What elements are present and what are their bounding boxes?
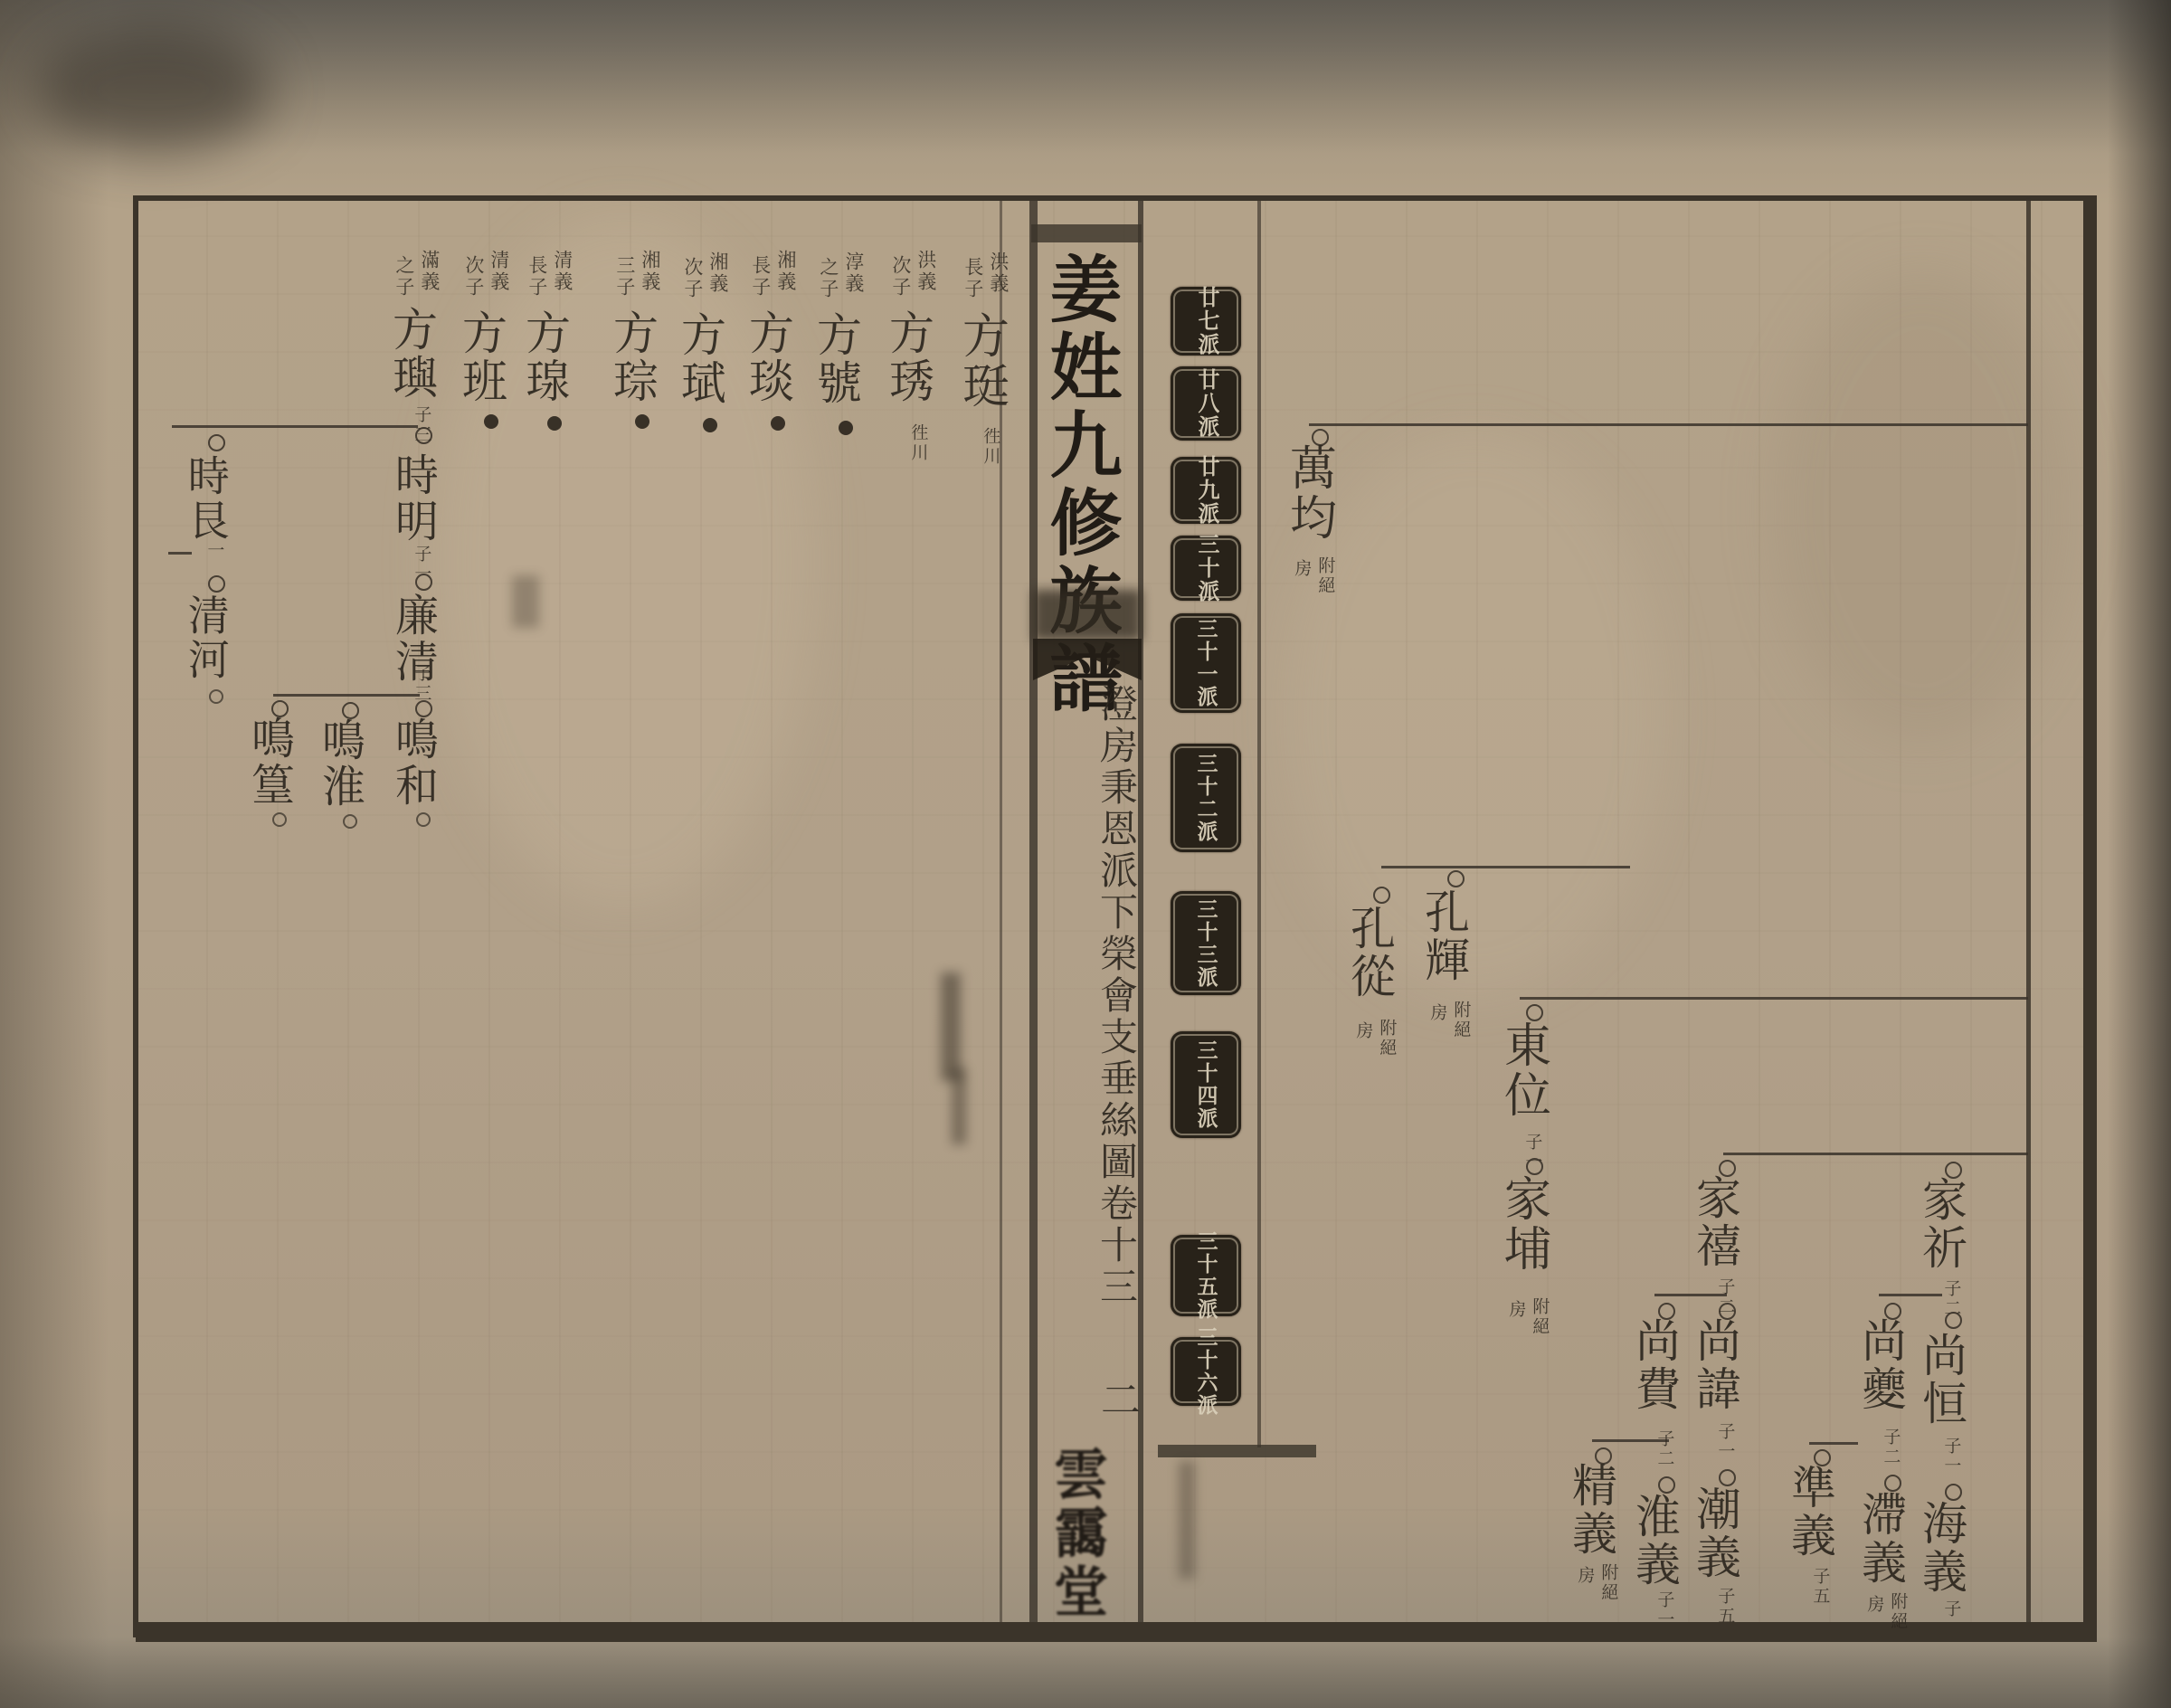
node-annotation: 子一 xyxy=(1942,1437,1959,1476)
node-annotation: 子三 xyxy=(412,664,430,704)
tree-node-name: 鳴篁 xyxy=(246,716,289,808)
node-annotation: 房 xyxy=(1354,1021,1371,1041)
node-annotation: 房 xyxy=(1507,1300,1524,1320)
node-annotation: 子五 xyxy=(1811,1567,1828,1607)
hall-mark: 雲靄堂 xyxy=(1049,1446,1104,1622)
sibling-line xyxy=(273,694,420,697)
generation-badge-label: 廿八派 xyxy=(1195,368,1217,439)
node-annotation: 子一 xyxy=(1655,1590,1673,1630)
node-annotation: 附絕 xyxy=(1599,1563,1616,1603)
tree-node-name: 尚恒 xyxy=(1919,1332,1964,1428)
badge-column-rule xyxy=(1257,201,1261,1447)
generation-badge-label: 廿九派 xyxy=(1195,455,1217,526)
tree-node-name: 方號 xyxy=(813,311,858,407)
photo-right-shadow xyxy=(2108,0,2171,1708)
connector-ring xyxy=(1526,1158,1543,1175)
tree-node-name: 方珷 xyxy=(678,311,723,407)
sibling-line xyxy=(1879,1294,1942,1296)
tree-node-name: 方琮 xyxy=(610,309,655,405)
frame-top xyxy=(136,195,2095,201)
sibling-line xyxy=(168,552,192,555)
relation-header: 湘義 xyxy=(776,250,795,293)
tree-node-name: 清河 xyxy=(185,593,226,682)
node-annotation: 子二 xyxy=(1882,1428,1899,1467)
relation-header: 滿義 xyxy=(420,250,439,293)
connector-ring xyxy=(415,427,432,444)
generation-badge-label: 三十五派 xyxy=(1196,1230,1217,1321)
node-annotation: 附絕 xyxy=(1316,556,1333,596)
generation-badge: 廿八派 xyxy=(1171,366,1241,441)
connector-ring xyxy=(415,700,432,717)
connector-ring xyxy=(1945,1484,1962,1501)
node-annotation: 附絕 xyxy=(1531,1297,1548,1337)
generation-badge-label: 三十派 xyxy=(1195,533,1217,603)
connector-ring xyxy=(1945,1312,1962,1329)
end-dot xyxy=(484,414,498,429)
relation-header: 次子 xyxy=(683,257,702,300)
relation-header: 清義 xyxy=(553,250,572,293)
end-circle xyxy=(343,814,357,829)
frame-left xyxy=(133,195,138,1637)
photo-top-shadow xyxy=(0,0,2171,154)
generation-badge-label: 三十二派 xyxy=(1196,753,1217,843)
generation-badge: 三十五派 xyxy=(1171,1235,1241,1316)
tree-node-name: 滯義 xyxy=(1858,1491,1903,1587)
connector-ring xyxy=(1447,870,1465,887)
node-annotation: 子 xyxy=(1942,1599,1959,1619)
generation-badge-label: 三十三派 xyxy=(1196,898,1217,989)
relation-header: 長子 xyxy=(751,255,770,299)
relation-header: 洪義 xyxy=(989,251,1008,295)
relation-header: 淳義 xyxy=(844,251,863,295)
relation-header: 三子 xyxy=(615,255,634,299)
generation-badge: 三十四派 xyxy=(1171,1031,1241,1138)
tree-node-name: 家禧 xyxy=(1692,1174,1738,1270)
relation-header: 湘義 xyxy=(640,250,659,293)
generation-badge: 三十三派 xyxy=(1171,891,1241,995)
relation-header: 次子 xyxy=(891,255,910,299)
tree-node-name: 孔輝 xyxy=(1421,888,1466,984)
connector-ring xyxy=(1373,887,1390,904)
tree-node-name: 鳴淮 xyxy=(317,717,360,810)
page-number: 二 xyxy=(1096,1379,1136,1421)
tree-node-name: 方璵 xyxy=(389,306,434,402)
end-circle xyxy=(272,812,287,827)
connector-ring xyxy=(208,575,225,593)
connector-ring xyxy=(1658,1476,1675,1494)
node-annotation: 子一 xyxy=(1716,1422,1733,1462)
tree-node-name: 海義 xyxy=(1919,1500,1964,1596)
photo-left-shadow xyxy=(0,0,109,1708)
spine-section-line: 澄房秉恩派下榮會支垂絲圖卷十三 xyxy=(1096,684,1134,1308)
relation-header: 次子 xyxy=(464,255,483,299)
tree-node-name: 淮義 xyxy=(1632,1493,1677,1589)
frame-bottom xyxy=(136,1622,2095,1642)
tree-node-name: 精義 xyxy=(1569,1462,1614,1558)
corner-stain xyxy=(36,27,271,154)
connector-ring xyxy=(1526,1004,1543,1021)
sibling-line xyxy=(1809,1442,1858,1445)
spine-rule-left xyxy=(1029,201,1038,1622)
generation-badge: 廿九派 xyxy=(1171,457,1241,524)
end-dot xyxy=(703,418,717,432)
end-dot xyxy=(839,421,853,435)
relation-header: 湘義 xyxy=(708,251,727,295)
sibling-line xyxy=(1723,1153,2028,1155)
tree-node-name: 尚諱 xyxy=(1692,1317,1738,1413)
spine-top-bar xyxy=(1031,224,1142,242)
tree-node-name: 準義 xyxy=(1787,1464,1833,1560)
node-annotation: 附絕 xyxy=(1889,1592,1906,1632)
generation-badge: 三十一派 xyxy=(1171,613,1241,713)
node-annotation: 房 xyxy=(1576,1566,1593,1586)
tree-node-name: 方瑔 xyxy=(522,309,567,405)
end-dot xyxy=(635,414,649,429)
tree-node-name: 萬均 xyxy=(1285,443,1332,543)
node-annotation: 徃川 xyxy=(981,427,999,467)
relation-header: 長子 xyxy=(527,255,546,299)
tree-node-name: 孔從 xyxy=(1347,905,1392,1001)
node-annotation: 子二 xyxy=(1655,1429,1673,1469)
generation-badge-label: 三十四派 xyxy=(1196,1039,1217,1130)
connector-ring xyxy=(208,434,225,451)
badge-column-end-bar xyxy=(1158,1445,1316,1457)
node-annotation: 附絕 xyxy=(1378,1019,1395,1058)
end-dot xyxy=(547,416,562,431)
tree-node-name: 家埔 xyxy=(1499,1174,1546,1274)
relation-header: 之子 xyxy=(394,255,413,299)
tree-node-name: 尚費 xyxy=(1632,1317,1677,1413)
sibling-line xyxy=(172,425,418,428)
tree-node-name: 方班 xyxy=(459,309,504,405)
node-annotation: 房 xyxy=(1293,559,1310,579)
sibling-line xyxy=(1381,866,1630,868)
generation-badge-label: 三十六派 xyxy=(1196,1326,1217,1417)
relation-header: 清義 xyxy=(489,250,508,293)
end-circle xyxy=(416,812,431,827)
tree-node-name: 時明 xyxy=(390,452,433,545)
relation-header: 之子 xyxy=(819,257,838,300)
tree-node-name: 鳴和 xyxy=(390,716,433,809)
generation-badge-label: 廿七派 xyxy=(1195,286,1217,356)
tree-node-name: 潮義 xyxy=(1692,1485,1738,1581)
frame-right-inner xyxy=(2026,197,2031,1622)
sibling-line xyxy=(1309,423,2028,426)
photo-bottom-shadow xyxy=(0,1637,2171,1708)
relation-header: 洪義 xyxy=(916,250,935,293)
tree-node-name: 方珽 xyxy=(957,311,1004,411)
tree-node-name: 東位 xyxy=(1499,1020,1546,1120)
tree-node-name: 方琰 xyxy=(745,309,791,405)
connector-ring xyxy=(415,574,432,591)
tree-node-name: 家祈 xyxy=(1919,1176,1964,1272)
node-annotation: 徃川 xyxy=(909,423,926,463)
relation-header: 長子 xyxy=(963,257,982,300)
generation-badge: 三十派 xyxy=(1171,536,1241,601)
spine-rule-outer-left xyxy=(1000,201,1002,1622)
generation-badge: 廿七派 xyxy=(1171,287,1241,356)
node-annotation: 一 xyxy=(205,541,223,561)
generation-badge: 三十二派 xyxy=(1171,744,1241,852)
connector-ring xyxy=(1719,1469,1736,1486)
sibling-line xyxy=(1520,997,2028,1000)
genealogy-scan-page: 姜姓九修族譜 澄房秉恩派下榮會支垂絲圖卷十三 二 雲靄堂 廿七派廿八派廿九派三十… xyxy=(0,0,2171,1708)
node-annotation: 附絕 xyxy=(1452,1001,1469,1040)
generation-badge: 三十六派 xyxy=(1171,1337,1241,1406)
frame-right-outer xyxy=(2083,195,2097,1642)
tree-node-name: 時艮 xyxy=(185,454,226,543)
tree-node-name: 方琇 xyxy=(886,309,931,405)
node-annotation: 房 xyxy=(1865,1595,1882,1615)
generation-badge-label: 三十一派 xyxy=(1196,618,1217,708)
tree-node-name: 尚夔 xyxy=(1858,1317,1903,1413)
node-annotation: 房 xyxy=(1428,1003,1446,1023)
end-circle xyxy=(209,689,223,704)
end-dot xyxy=(771,416,785,431)
node-annotation: 子五 xyxy=(1716,1587,1733,1627)
connector-ring xyxy=(1884,1475,1901,1492)
